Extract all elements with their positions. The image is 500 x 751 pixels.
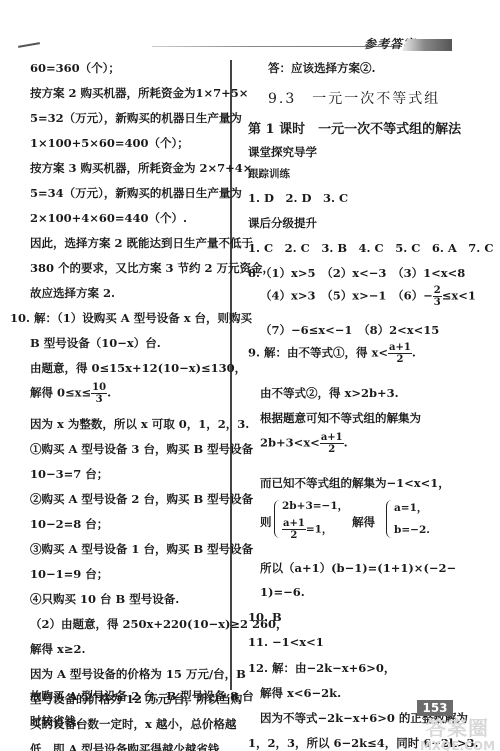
- text-line: 时较省钱.: [30, 713, 80, 729]
- brace: [386, 500, 393, 538]
- text-line: 因为 x 为整数，所以 x 可取 0，1，2，3.: [30, 416, 249, 432]
- question-8-line-1: 8.（1）x>5 （2）x<−3 （3）1<x<8: [248, 265, 465, 281]
- brace: [274, 500, 281, 538]
- fraction: a+12: [388, 342, 412, 365]
- text-line: 故应选择方案 2.: [30, 285, 115, 301]
- text-line: 由题意，得 0≤15x+12(10−x)≤130，: [30, 360, 246, 376]
- fraction: a+12: [320, 432, 344, 455]
- question-9-line-3: 根据题意可知不等式组的解集为: [260, 410, 421, 426]
- subheading: 课堂探究导学: [248, 144, 317, 160]
- text-line: ④只购买 10 台 B 型号设备.: [30, 591, 179, 607]
- fraction-numerator: a+1: [282, 518, 306, 530]
- text-line: ③购买 A 型号设备 1 台，购买 B 型号设备: [30, 541, 253, 557]
- solution-line: 解得 0≤x≤103.: [30, 382, 111, 405]
- punctuation: .: [412, 346, 416, 360]
- question-9-line-7: 1)=−6.: [260, 585, 305, 599]
- question-12-line-1: 12. 解：由−2k−x+6>0，: [248, 660, 395, 676]
- text-line: ①购买 A 型号设备 3 台，购买 B 型号设备: [30, 441, 253, 457]
- text-line: 60=360（个）；: [30, 60, 120, 76]
- solution-text: 解得 0≤x≤: [30, 386, 91, 400]
- text-line: 5=32（万元），新购买的机器日生产量为: [30, 110, 242, 126]
- equation-system: 则 2b+3=−1， a+12=1， 解得 a=1， b=−2.: [260, 498, 490, 548]
- text-line: 5=34（万元），新购买的机器日生产量为: [30, 185, 242, 201]
- solution: b=−2.: [394, 524, 430, 536]
- question-10: 10. B: [248, 610, 282, 624]
- text-line: B 型号设备（10−x）台.: [30, 335, 161, 351]
- fraction-denominator: 3: [91, 394, 107, 405]
- fraction-numerator: 2: [433, 285, 442, 297]
- question-9-line-6: 所以（a+1）(b−1)=(1+1)×(−2−: [260, 560, 456, 576]
- watermark-logo-text: 答案圈: [410, 712, 500, 741]
- watermark: 答案圈 MXQE.COM: [410, 712, 500, 751]
- question-9-line-5: 而已知不等式组的解集为−1<x<1，: [260, 475, 450, 491]
- fraction-numerator: a+1: [320, 432, 344, 444]
- fraction-denominator: 2: [320, 444, 344, 455]
- text: 2b+3<x<: [260, 436, 320, 450]
- equation: a+12=1，: [282, 518, 332, 541]
- fraction-numerator: 10: [91, 382, 107, 394]
- tracking-answers: 1. D 2. D 3. C: [248, 190, 348, 206]
- fraction-denominator: 2: [388, 354, 412, 365]
- header-ornament-bar: [402, 39, 452, 51]
- text-line: ②购买 A 型号设备 2 台，购买 B 型号设备: [30, 491, 253, 507]
- text-line: 10−1=9 台；: [30, 566, 108, 582]
- question-11: 11. −1<x<1: [248, 635, 324, 649]
- question-9-line-2: 由不等式②，得 x>2b+3.: [260, 385, 399, 401]
- text-line: 因为 A 型号设备的价格为 15 万元/台，B: [30, 666, 246, 682]
- lesson-title: 第 1 课时 一元一次不等式组的解法: [248, 118, 461, 137]
- fraction-denominator: 2: [282, 530, 306, 541]
- text: =1，: [306, 524, 333, 536]
- text-line: 因此，选择方案 2 既能达到日生产量不低于: [30, 235, 253, 251]
- text: ≤x<1: [442, 289, 476, 303]
- text-line: 故购买 A 型号设备 2 台，B 型号设备 8 台: [30, 688, 254, 704]
- subheading: 跟踪训练: [248, 166, 290, 181]
- text-line: 380 个的要求，又比方案 3 节约 2 万元资金，: [30, 260, 274, 276]
- fraction: 103: [91, 382, 107, 405]
- question-8-line-2: （4）x>3 （5）x>−1 （6）−23≤x<1: [260, 285, 476, 308]
- watermark-url: MXQE.COM: [410, 739, 500, 751]
- text-line: 2×100+4×60=440（个）.: [30, 210, 187, 226]
- text: （4）x>3 （5）x>−1 （6）−: [260, 289, 433, 303]
- equation: 2b+3=−1，: [282, 498, 348, 513]
- solve-label: 解得: [352, 514, 375, 530]
- text: 9. 解：由不等式①，得 x<: [248, 346, 388, 360]
- question-9-line-1: 9. 解：由不等式①，得 x<a+12.: [248, 342, 416, 365]
- subheading: 课后分级提升: [248, 215, 317, 231]
- question-9-line-4: 2b+3<x<a+12.: [260, 432, 348, 455]
- fraction-numerator: a+1: [388, 342, 412, 354]
- text-line: 解得 x≥2.: [30, 641, 86, 657]
- text-line: 10−3=7 台；: [30, 466, 108, 482]
- text-line: 10−2=8 台；: [30, 516, 108, 532]
- header-ornament-stroke: [18, 42, 40, 48]
- page-header: 参考答案: [0, 0, 500, 56]
- text-line: 1×100+5×60=400（个）；: [30, 135, 189, 151]
- answer-line: 答：应该选择方案②.: [268, 60, 376, 76]
- section-title: 9.3 一元一次不等式组: [268, 88, 440, 108]
- then-label: 则: [260, 514, 272, 530]
- text-line: 低，即 A 型号设备购买得越少越省钱.: [30, 741, 223, 751]
- fraction: a+12: [282, 518, 306, 541]
- question-10: 10. 解：（1）设购买 A 型号设备 x 台，则购买: [10, 310, 252, 326]
- fraction: 23: [433, 285, 442, 308]
- mc-answers: 1. C 2. C 3. B 4. C 5. C 6. A 7. C: [248, 240, 493, 256]
- question-12-line-2: 解得 x<6−2k.: [260, 685, 341, 701]
- question-8-line-3: （7）−6≤x<−1 （8）2<x<15: [260, 322, 439, 338]
- punctuation: .: [344, 436, 348, 450]
- solution: a=1，: [394, 500, 427, 515]
- text-line: 按方案 3 购买机器，所耗资金为 2×7+4×: [30, 160, 252, 176]
- text-line: 按方案 2 购买机器，所耗资金为1×7+5×: [30, 85, 248, 101]
- punctuation: .: [107, 386, 111, 400]
- fraction-denominator: 3: [433, 297, 442, 308]
